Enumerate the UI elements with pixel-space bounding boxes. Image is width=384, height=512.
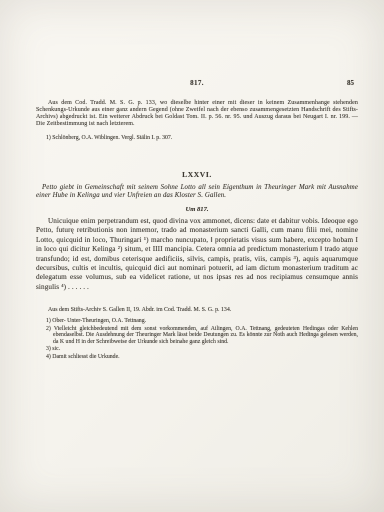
footnote-text: Damit schliesst die Urkunde. (52, 354, 119, 360)
previous-charter-footnote-1: 1) Schlönberg, O.A. Wiblingen. Vergl. St… (36, 135, 375, 142)
footnote-marker: 2) (46, 326, 51, 332)
charter-source-note: Aus dem Stifts-Archiv S. Gallen II, 19. … (36, 307, 370, 313)
footnote-text: Vielleicht gleichbedeutend mit dem sonst… (53, 326, 358, 345)
charter-number-heading: LXXVI. (36, 170, 358, 179)
footnote-marker: 1) (46, 318, 51, 324)
footnote-4: 4) Damit schliesst die Urkunde. (36, 354, 358, 361)
footnotes-block: 1) Ober- Unter-Theuringen, O.A. Tettnang… (36, 318, 358, 362)
footnote-text: Schlönberg, O.A. Wiblingen. Vergl. Stäli… (52, 135, 172, 141)
previous-charter-source-note: Aus dem Cod. Tradd. M. S. G. p. 133, wo … (36, 100, 358, 128)
footnote-3: 3) sic. (36, 346, 358, 353)
scanned-book-page: 817. 85 Aus dem Cod. Tradd. M. S. G. p. … (0, 0, 384, 512)
charter-title: Petto giebt in Gemeinschaft mit seinem S… (36, 184, 358, 200)
footnote-text: sic. (52, 346, 60, 352)
charter-body-text: Unicuique enim perpetrandum est, quod di… (36, 217, 358, 292)
footnote-marker: 4) (46, 354, 51, 360)
running-head-year: 817. (36, 79, 358, 87)
footnote-text: Ober- Unter-Theuringen, O.A. Tettnang. (52, 318, 146, 324)
charter-date-line: Um 817. (36, 206, 358, 213)
page-number: 85 (347, 79, 354, 87)
footnote-marker: 1) (46, 135, 51, 141)
footnote-1: 1) Ober- Unter-Theuringen, O.A. Tettnang… (36, 318, 358, 325)
footnote-2: 2) Vielleicht gleichbedeutend mit dem so… (36, 326, 358, 346)
footnote-marker: 3) (46, 346, 51, 352)
running-head: 817. 85 (36, 79, 358, 89)
